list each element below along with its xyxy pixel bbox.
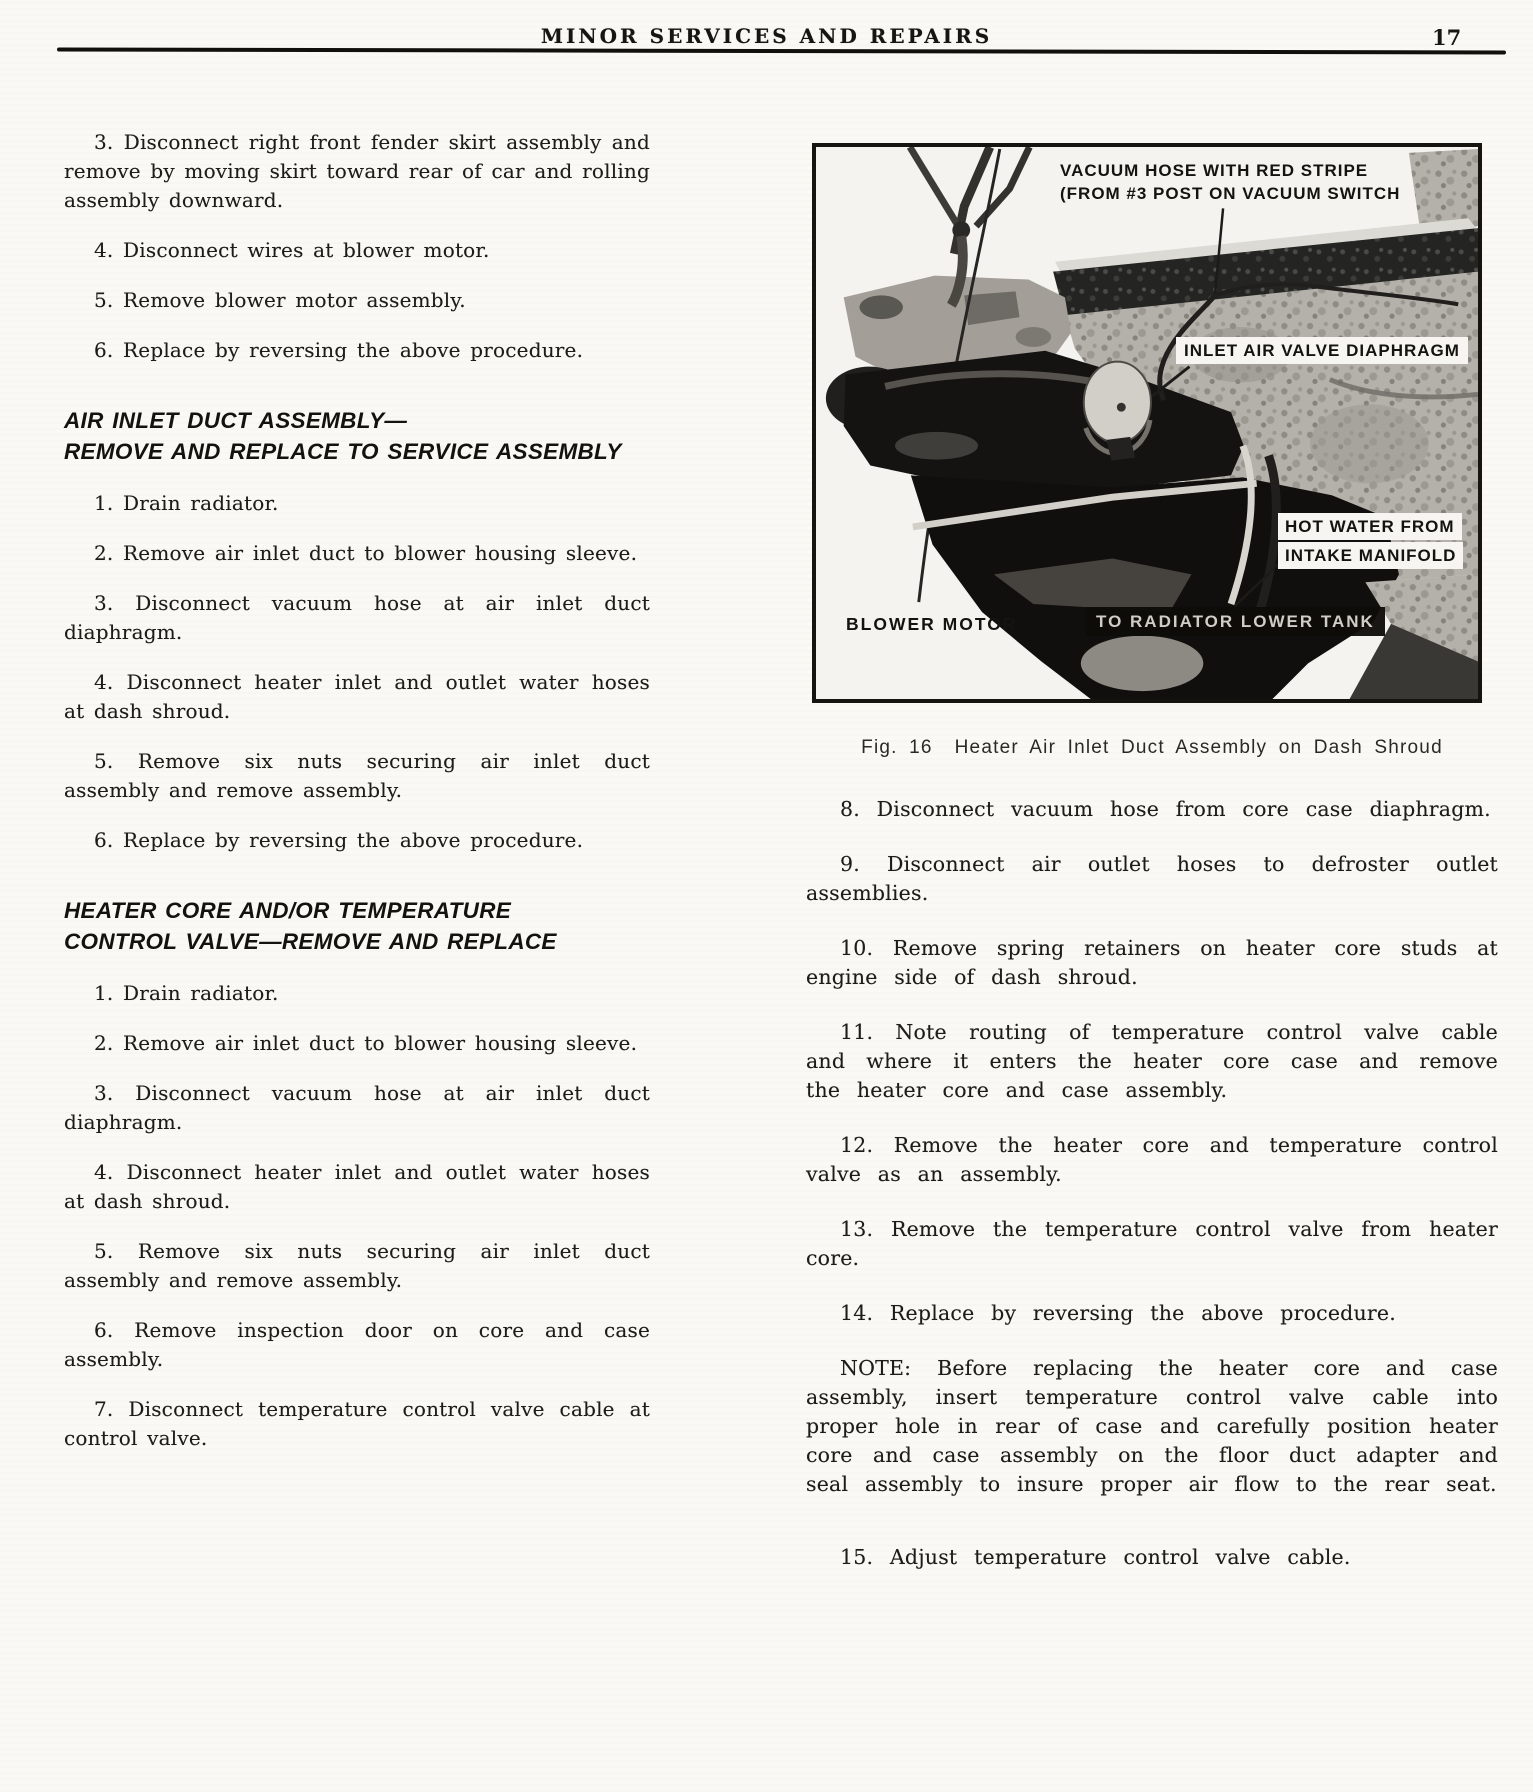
- step-remove-blower: 5. Remove blower motor assembly.: [64, 286, 650, 315]
- heater-core-step-9: 9. Disconnect air outlet hoses to defros…: [806, 850, 1498, 908]
- air-inlet-step-1: 1. Drain radiator.: [64, 489, 650, 518]
- callout-vacuum-hose-line1: VACUUM HOSE WITH RED STRIPE: [1060, 159, 1400, 182]
- callout-vacuum-hose-line2: (FROM #3 POST ON VACUUM SWITCH: [1060, 182, 1400, 205]
- callout-blower-motor: BLOWER MOTOR: [846, 613, 1017, 636]
- air-inlet-step-4: 4. Disconnect heater inlet and outlet wa…: [64, 668, 650, 726]
- heater-core-step-2: 2. Remove air inlet duct to blower housi…: [64, 1029, 650, 1058]
- callout-hot-water-from-intake-manifold: HOT WATER FROM INTAKE MANIFOLD: [1278, 513, 1463, 571]
- callout-inlet-air-valve-diaphragm: INLET AIR VALVE DIAPHRAGM: [1176, 337, 1468, 364]
- heater-core-step-6: 6. Remove inspection door on core and ca…: [64, 1316, 650, 1374]
- heater-core-step-7: 7. Disconnect temperature control valve …: [64, 1395, 650, 1453]
- manual-page: { "theme": { "paper": "#faf9f5", "ink": …: [0, 0, 1533, 1792]
- heater-core-step-8: 8. Disconnect vacuum hose from core case…: [806, 795, 1498, 824]
- air-inlet-step-5: 5. Remove six nuts securing air inlet du…: [64, 747, 650, 805]
- step-replace-blower: 6. Replace by reversing the above proced…: [64, 336, 650, 365]
- page-header-title: MINOR SERVICES AND REPAIRS: [0, 24, 1533, 48]
- step-disconnect-wires: 4. Disconnect wires at blower motor.: [64, 236, 650, 265]
- right-column: VACUUM HOSE WITH RED STRIPE (FROM #3 POS…: [806, 118, 1498, 1598]
- section-heading-air-inlet-duct: AIR INLET DUCT ASSEMBLY— REMOVE AND REPL…: [64, 405, 650, 467]
- page-number: 17: [1432, 26, 1461, 50]
- section-heading-line: HEATER CORE AND/OR TEMPERATURE: [64, 895, 650, 926]
- header-rule: [57, 47, 1506, 54]
- heater-core-step-10: 10. Remove spring retainers on heater co…: [806, 934, 1498, 992]
- callout-vacuum-hose: VACUUM HOSE WITH RED STRIPE (FROM #3 POS…: [1060, 159, 1400, 205]
- air-inlet-step-6: 6. Replace by reversing the above proced…: [64, 826, 650, 855]
- step-fender-skirt: 3. Disconnect right front fender skirt a…: [64, 128, 650, 215]
- figure-number: Fig. 16: [861, 737, 933, 758]
- section-heading-heater-core: HEATER CORE AND/OR TEMPERATURE CONTROL V…: [64, 895, 650, 957]
- air-inlet-step-2: 2. Remove air inlet duct to blower housi…: [64, 539, 650, 568]
- section-heading-line: REMOVE AND REPLACE TO SERVICE ASSEMBLY: [64, 436, 650, 467]
- heater-core-step-14: 14. Replace by reversing the above proce…: [806, 1299, 1498, 1328]
- callout-hot-water-line2: INTAKE MANIFOLD: [1278, 542, 1463, 569]
- callout-to-radiator-lower-tank: TO RADIATOR LOWER TANK: [1086, 607, 1385, 636]
- heater-core-step-3: 3. Disconnect vacuum hose at air inlet d…: [64, 1079, 650, 1137]
- note-paragraph: NOTE: Before replacing the heater core a…: [806, 1354, 1498, 1499]
- heater-core-step-4: 4. Disconnect heater inlet and outlet wa…: [64, 1158, 650, 1216]
- figure-caption-text: Heater Air Inlet Duct Assembly on Dash S…: [955, 737, 1443, 758]
- section-heading-line: CONTROL VALVE—REMOVE AND REPLACE: [64, 926, 650, 957]
- figure-16-caption: Fig. 16Heater Air Inlet Duct Assembly on…: [806, 735, 1498, 761]
- heater-core-step-11: 11. Note routing of temperature control …: [806, 1018, 1498, 1105]
- heater-core-step-5: 5. Remove six nuts securing air inlet du…: [64, 1237, 650, 1295]
- air-inlet-step-3: 3. Disconnect vacuum hose at air inlet d…: [64, 589, 650, 647]
- heater-core-step-12: 12. Remove the heater core and temperatu…: [806, 1131, 1498, 1189]
- callout-hot-water-line1: HOT WATER FROM: [1278, 513, 1462, 540]
- heater-core-step-15: 15. Adjust temperature control valve cab…: [806, 1543, 1498, 1572]
- left-column: 3. Disconnect right front fender skirt a…: [64, 128, 650, 1474]
- section-heading-line: AIR INLET DUCT ASSEMBLY—: [64, 405, 650, 436]
- heater-core-step-1: 1. Drain radiator.: [64, 979, 650, 1008]
- heater-core-step-13: 13. Remove the temperature control valve…: [806, 1215, 1498, 1273]
- figure-16-frame: VACUUM HOSE WITH RED STRIPE (FROM #3 POS…: [812, 143, 1482, 703]
